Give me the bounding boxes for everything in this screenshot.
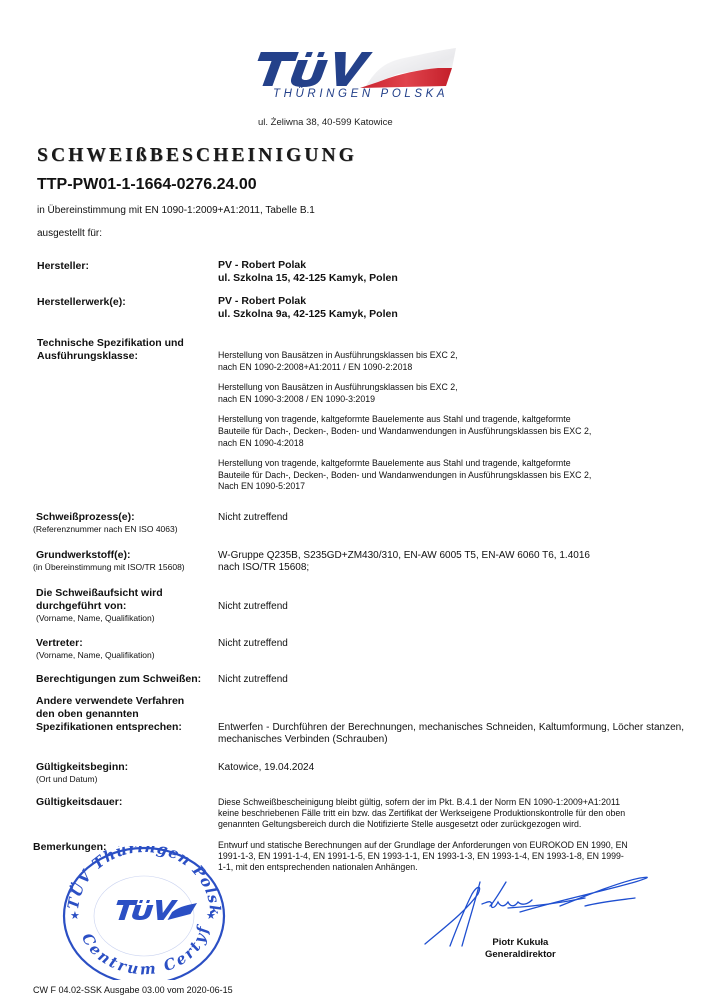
logo-subtitle: THÜRINGEN POLSKA <box>273 88 448 100</box>
remarks-value: Entwurf und statische Berechnungen auf d… <box>218 840 628 873</box>
validity-start-label: Gültigkeitsbeginn: (Ort und Datum) <box>36 761 128 785</box>
plant-address: ul. Szkolna 9a, 42-125 Kamyk, Polen <box>218 308 398 321</box>
tech-spec-paragraph: Herstellung von tragende, kaltgeformte B… <box>218 414 591 449</box>
manufacturer-label: Hersteller: <box>37 260 89 273</box>
supervision-value: Nicht zutreffend <box>218 601 288 613</box>
tech-spec-paragraph: Herstellung von Bausätzen in Ausführungs… <box>218 382 591 405</box>
star-icon: ★ <box>206 910 216 922</box>
svg-text:TÜV Thüringen Polska: TÜV Thüringen Polska <box>60 846 224 917</box>
star-icon: ★ <box>70 910 80 922</box>
validity-duration-value: Diese Schweißbescheinigung bleibt gültig… <box>218 797 625 830</box>
plant-name: PV - Robert Polak <box>218 295 398 308</box>
document-title: SCHWEIßBESCHEINIGUNG <box>37 145 357 167</box>
plant-value: PV - Robert Polak ul. Szkolna 9a, 42-125… <box>218 295 398 321</box>
signer-title: Generaldirektor <box>485 949 556 961</box>
manufacturer-address: ul. Szkolna 15, 42-125 Kamyk, Polen <box>218 272 398 285</box>
signer-name: Piotr Kukuła <box>485 937 556 949</box>
certificate-number: TTP-PW01-1-1664-0276.24.00 <box>37 176 257 194</box>
issued-for-label: ausgestellt für: <box>37 228 102 239</box>
signer-block: Piotr Kukuła Generaldirektor <box>485 937 556 961</box>
certification-stamp: TÜV Thüringen Polska Centrum Certyfikacj… <box>60 846 226 980</box>
stamp-top-text: TÜV Thüringen Polska <box>60 846 224 917</box>
validity-start-value: Katowice, 19.04.2024 <box>218 762 314 774</box>
base-material-label: Grundwerkstoff(e): (in Übereinstimmung m… <box>36 549 185 573</box>
other-processes-label: Andere verwendete Verfahren den oben gen… <box>36 695 184 734</box>
welding-permits-value: Nicht zutreffend <box>218 674 288 686</box>
tech-spec-label: Technische Spezifikation und Ausführungs… <box>37 337 184 363</box>
conformity-statement: in Übereinstimmung mit EN 1090-1:2009+A1… <box>37 205 315 216</box>
base-material-value: W-Gruppe Q235B, S235GD+ZM430/310, EN-AW … <box>218 550 590 574</box>
stamp-tuv-logo-icon <box>112 900 198 920</box>
welding-process-value: Nicht zutreffend <box>218 512 288 524</box>
tech-spec-paragraph: Herstellung von tragende, kaltgeformte B… <box>218 458 591 493</box>
tech-spec-paragraph: Herstellung von Bausätzen in Ausführungs… <box>218 350 591 373</box>
validity-duration-label: Gültigkeitsdauer: <box>36 796 122 809</box>
other-processes-value: Entwerfen - Durchführen der Berechnungen… <box>218 722 684 746</box>
issuer-address: ul. Żeliwna 38, 40-599 Katowice <box>258 117 393 128</box>
tuv-flag-icon <box>248 46 498 116</box>
welding-permits-label: Berechtigungen zum Schweißen: <box>36 673 201 686</box>
tech-spec-value: Herstellung von Bausätzen in Ausführungs… <box>218 350 591 503</box>
plant-label: Herstellerwerk(e): <box>37 296 126 309</box>
supervision-label: Die Schweißaufsicht wird durchgeführt vo… <box>36 587 163 624</box>
welding-process-label: Schweißprozess(e): (Referenznummer nach … <box>36 511 178 535</box>
manufacturer-name: PV - Robert Polak <box>218 259 398 272</box>
deputy-label: Vertreter: (Vorname, Name, Qualifikation… <box>36 637 155 661</box>
manufacturer-value: PV - Robert Polak ul. Szkolna 15, 42-125… <box>218 259 398 285</box>
deputy-value: Nicht zutreffend <box>218 638 288 650</box>
form-reference: CW F 04.02-SSK Ausgabe 03.00 vom 2020-06… <box>33 985 233 995</box>
